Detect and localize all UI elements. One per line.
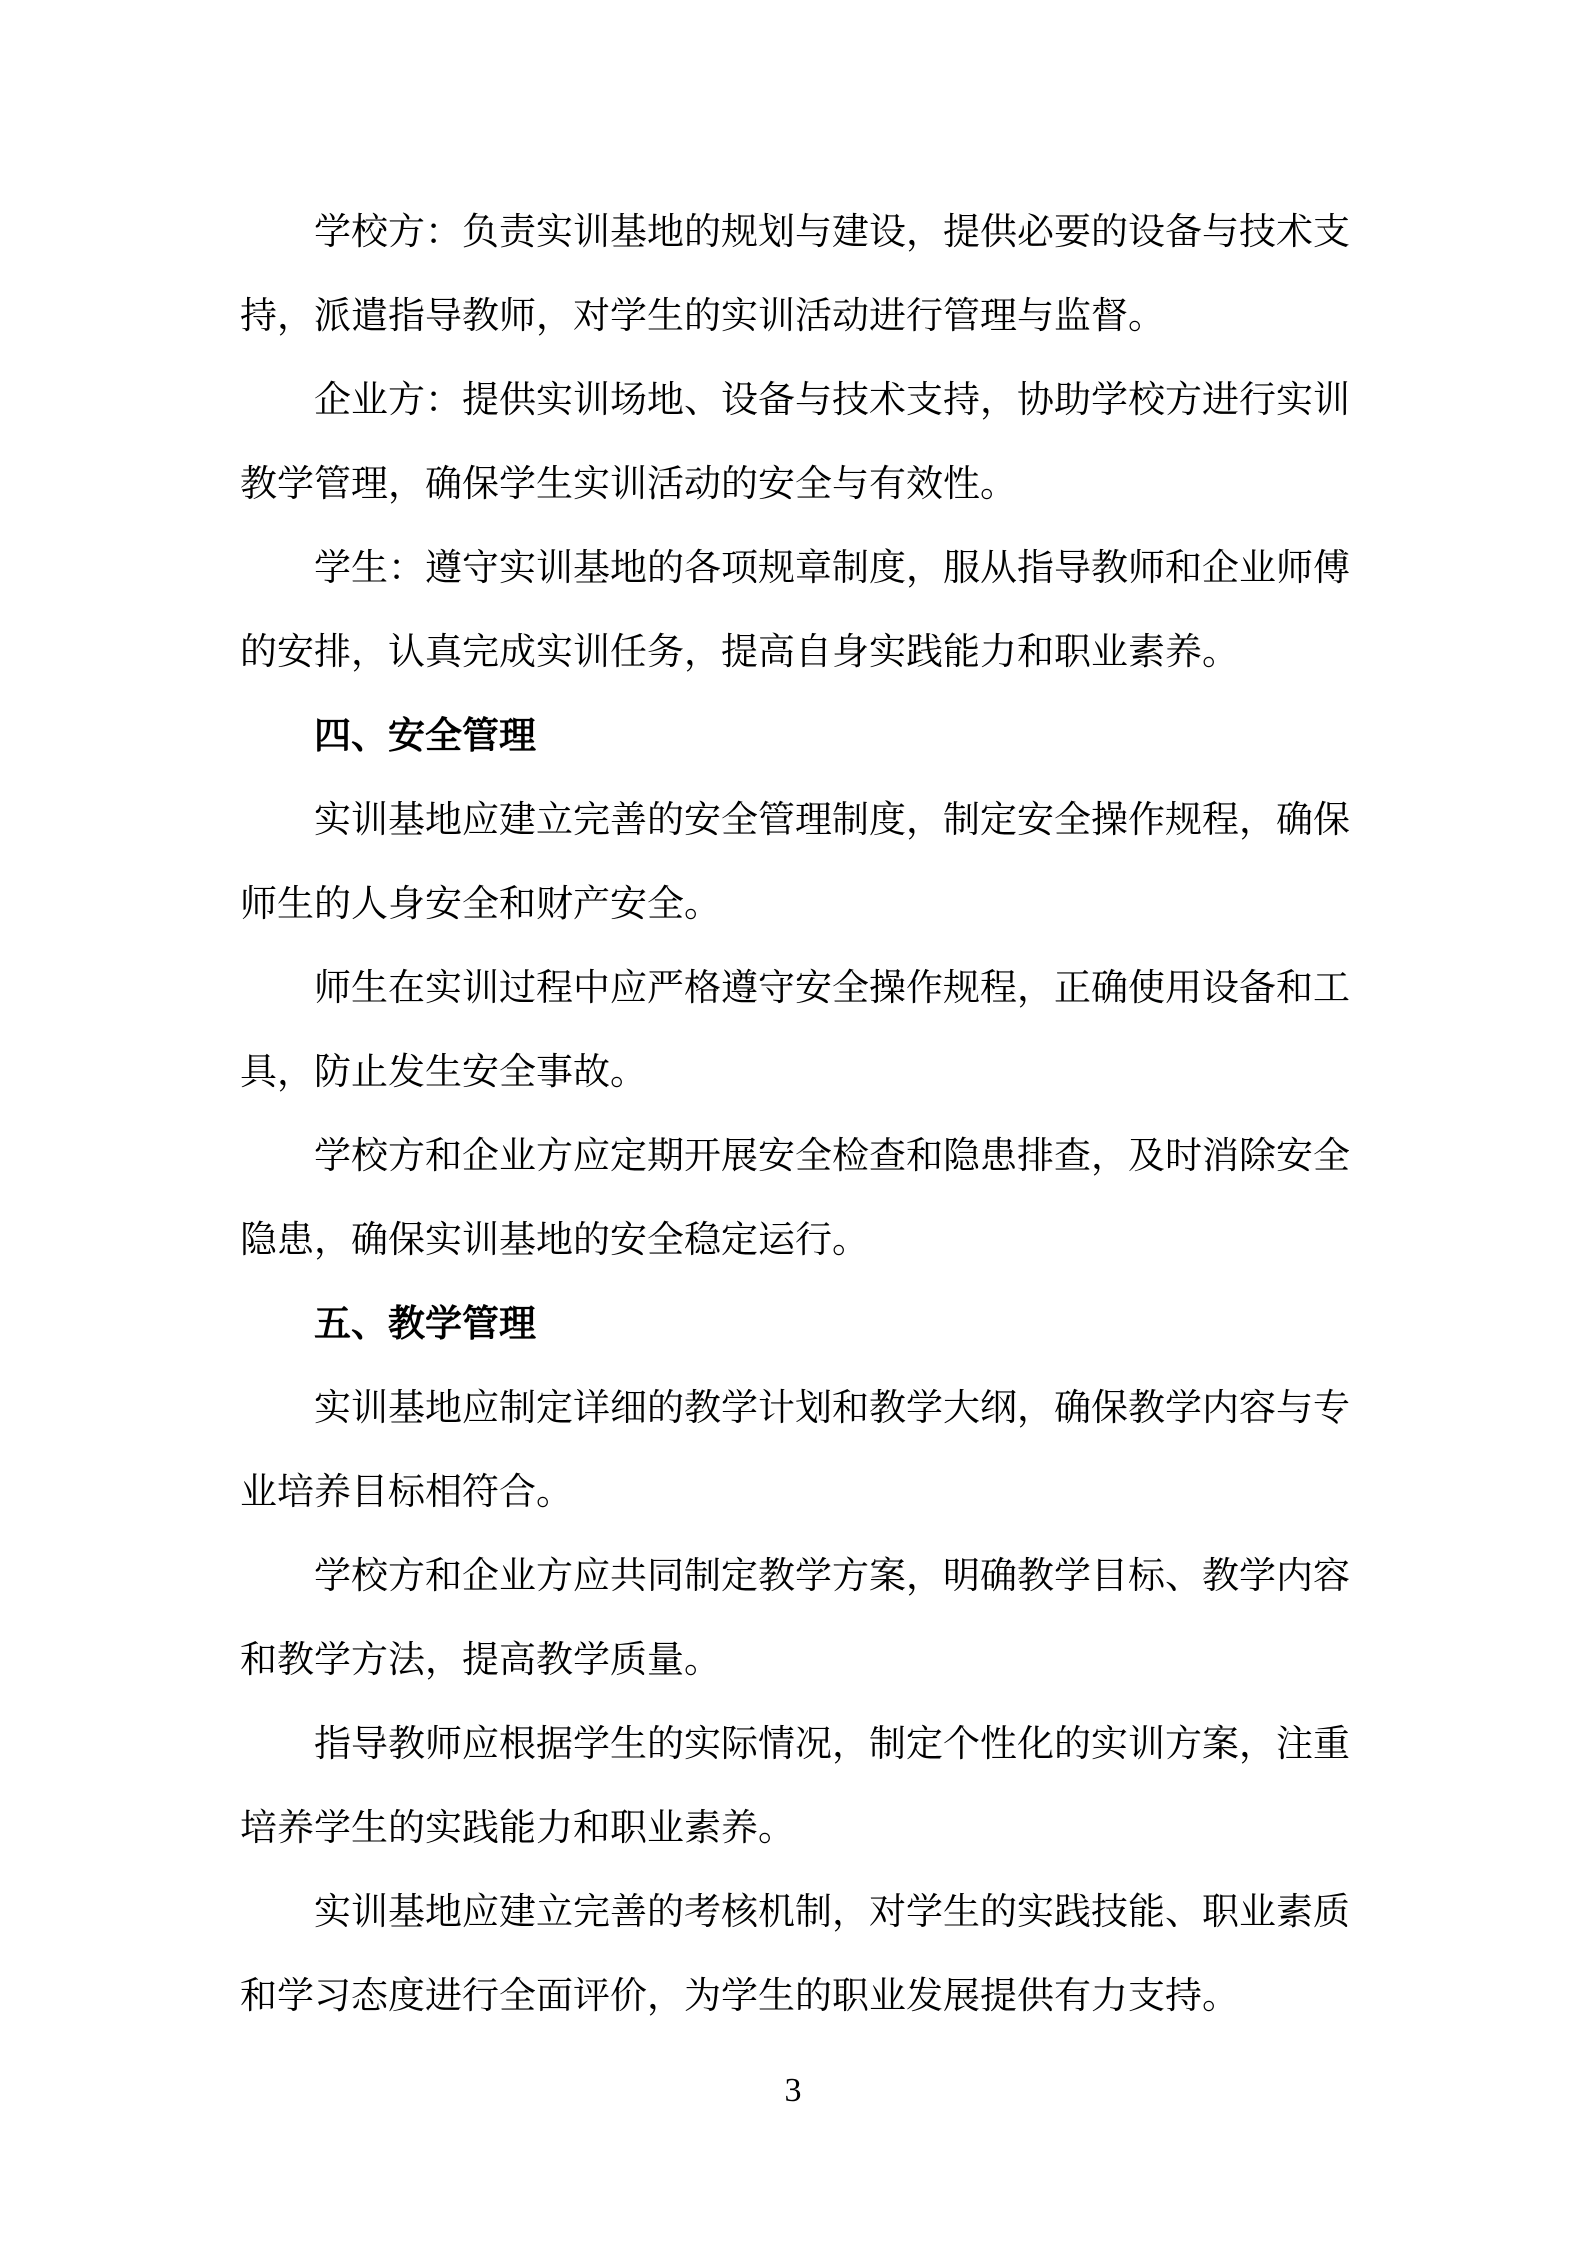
paragraph: 学生：遵守实训基地的各项规章制度，服从指导教师和企业师傅的安排，认真完成实训任务… [240, 527, 1350, 695]
paragraph: 指导教师应根据学生的实际情况，制定个性化的实训方案，注重培养学生的实践能力和职业… [240, 1703, 1350, 1871]
paragraph: 学校方：负责实训基地的规划与建设，提供必要的设备与技术支持，派遣指导教师，对学生… [240, 191, 1350, 359]
paragraph: 学校方和企业方应共同制定教学方案，明确教学目标、教学内容和教学方法，提高教学质量… [240, 1535, 1350, 1703]
paragraph: 实训基地应建立完善的安全管理制度，制定安全操作规程，确保师生的人身安全和财产安全… [240, 779, 1350, 947]
paragraph: 实训基地应建立完善的考核机制，对学生的实践技能、职业素质和学习态度进行全面评价，… [240, 1871, 1350, 2039]
section-heading-teaching-management: 五、教学管理 [240, 1283, 1350, 1367]
page-footer: 3 [0, 2072, 1586, 2110]
paragraph: 学校方和企业方应定期开展安全检查和隐患排查，及时消除安全隐患，确保实训基地的安全… [240, 1115, 1350, 1283]
paragraph: 实训基地应制定详细的教学计划和教学大纲，确保教学内容与专业培养目标相符合。 [240, 1367, 1350, 1535]
page-number: 3 [785, 2072, 802, 2109]
paragraph: 师生在实训过程中应严格遵守安全操作规程，正确使用设备和工具，防止发生安全事故。 [240, 947, 1350, 1115]
document-page: 学校方：负责实训基地的规划与建设，提供必要的设备与技术支持，派遣指导教师，对学生… [0, 0, 1586, 2245]
section-heading-safety-management: 四、安全管理 [240, 695, 1350, 779]
document-body: 学校方：负责实训基地的规划与建设，提供必要的设备与技术支持，派遣指导教师，对学生… [240, 191, 1350, 2039]
paragraph: 企业方：提供实训场地、设备与技术支持，协助学校方进行实训教学管理，确保学生实训活… [240, 359, 1350, 527]
